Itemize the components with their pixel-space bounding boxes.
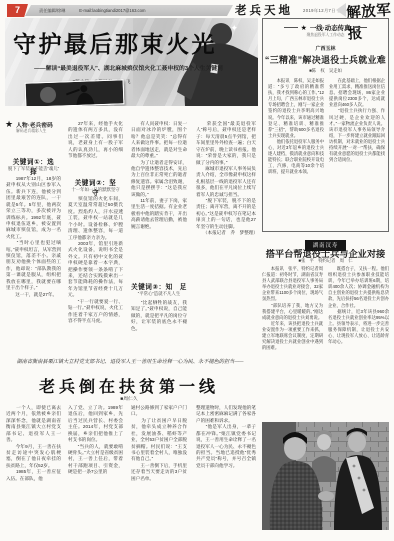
header-strip: 责任编辑/徐琳 E-mail:laobingtiandi2017@163.com [25, 5, 233, 16]
sidebar-box-headline: “三精准”解决退役士兵就业难 [263, 53, 388, 66]
sidebar-box-column-1: 本报讯 陈权、吴走如报道：“多亏了政府的精准帮扶，我才找到称心的工作。”12月上… [268, 78, 324, 226]
keyword-2-subtitle: 十一年如一日的默默坚守 [68, 187, 123, 193]
keyword-3-subtitle: “平常心”造就不凡人生 [131, 291, 187, 297]
feature-column-1: 1987年12月，18岁的聂申权从大别山区参军入伍。新兵下连，他被分到团里最艰苦… [6, 176, 61, 354]
email-address: E-mail:laobingtiandi2017@163.com [79, 8, 145, 13]
star-icon: ★ [301, 24, 307, 32]
section-title: 老兵天地 [235, 2, 293, 18]
bottom-article-headline: 老兵倒在扶贫第一线 [0, 374, 258, 397]
bottom-column-3: 通村公路修到了家家户户门口。 为了让贫困户早日脱贫，他牵头成立种养合作社，发展油… [131, 405, 187, 539]
column-logo-subtitle: 解码老兵精彩人生 [16, 129, 53, 134]
keyword-1-subtitle: 脱下了军装也不能丢“魂儿” [6, 166, 61, 172]
sidebar-box-tag: 一线·动态传真 [310, 23, 350, 32]
column-logo-title: 人物·老兵密码 [16, 120, 53, 129]
feature-column-3b: “比起牺牲的战友，我知足了。”聂申权说，自己能做的，就是把平凡的岗位守好，让军装… [131, 300, 187, 354]
bottom-column-1: 一个人，即使已离去近两个月，依然被乡亲们深深怀念，他就是湖南省衡南县栗江镇大立村… [6, 405, 61, 539]
header-rule-left [284, 27, 298, 28]
feature-column-3a: 有人问聂申权：日复一日面对冰冷的炉膛，图个啥？他总是笑笑：“总得有人来做这件事。… [131, 121, 187, 277]
keyword-3-heading: 关键词③：知 足 [131, 281, 187, 291]
header-rule-right [353, 27, 367, 28]
sidebar-box-byline: ■陈 权 吴走如 [263, 68, 388, 74]
feature-column-4: 荣获全国“最美退役军人”称号后，聂申权还是老样子：每天清晨5点半到馆，把车间里里… [196, 121, 256, 354]
second-article-column-1: 本报讯 张平、特约记者周仁报道：初冬时节，湖南省汉寿县人武部联合县退役军人事务局… [262, 266, 323, 418]
news-photo [262, 422, 389, 530]
bottom-article-byline: ■周仁久 [0, 395, 258, 402]
main-headline: 守护最后那束火光 [13, 26, 217, 59]
sidebar-box-tag-subtitle: 聚焦退役军人工作动态 [263, 33, 388, 38]
sidebar-box-place: 广西玉林 [263, 45, 388, 52]
hero-banner: 守护最后那束火光 ✦ ——解读“最美退役军人”、湖北麻城殡仪馆火化工聂申权的3个… [5, 18, 258, 106]
bottom-column-2: 入了党、立了功。1989年退伍后，他回到家乡，先后当过民兵营长、村委会主任。20… [68, 405, 123, 539]
star-icon: ★ [5, 120, 13, 129]
second-article-byline: ■张 平 特约记者 周 仁 [262, 258, 389, 264]
inset-photo [25, 79, 125, 106]
bottom-article-kicker: 湖南省衡南县栗江镇大立村党支部书记、退役军人王一善用生命诠释一心为民、永不褪色的… [12, 359, 248, 367]
sidebar-box-column-2: 在此基础上，他们根据企业用工需求，精准推送岗位信息。招聘会现场，86家企业提供岗… [329, 78, 385, 226]
feature-column-2a: 27年来，经他手火化的遗体有两万多具，没有出过一次差错。同事们说，老聂身上有一股… [68, 121, 123, 173]
bottom-column-4: 整理遗物时，人们发现他的笔记本上密密麻麻记满了各家各户的困难和诉求。 “他是军人… [196, 405, 256, 539]
sidebar-box-header: ★ 一线·动态传真 [263, 23, 388, 32]
feature-column-2b: 殡仪馆的火化车间，夏天室温常常超过50摄氏度。烈焰灼人，汗水浸透工装，聂申权一站… [68, 196, 123, 354]
editor-credit: 责任编辑/徐琳 [39, 8, 65, 14]
column-logo: ★ 人物·老兵密码 解码老兵精彩人生 [5, 120, 59, 134]
second-article-column-2: 既搭台子，又扶一程。他们组织退役士兵参加职业技能培训，今年已举办培训班6期，培训… [328, 266, 389, 418]
main-subtitle: ——解读“最美退役军人”、湖北麻城殡仪馆火化工聂申权的3个人生关键词 [9, 63, 248, 72]
page-number-badge: 7 [7, 4, 28, 17]
sidebar-news-box: ★ 一线·动态传真 聚焦退役军人工作动态 广西玉林 “三精准”解决退役士兵就业难… [262, 18, 389, 232]
sparkle-icon: ✦ [230, 23, 238, 34]
chevron-decoration-icon [336, 3, 346, 17]
